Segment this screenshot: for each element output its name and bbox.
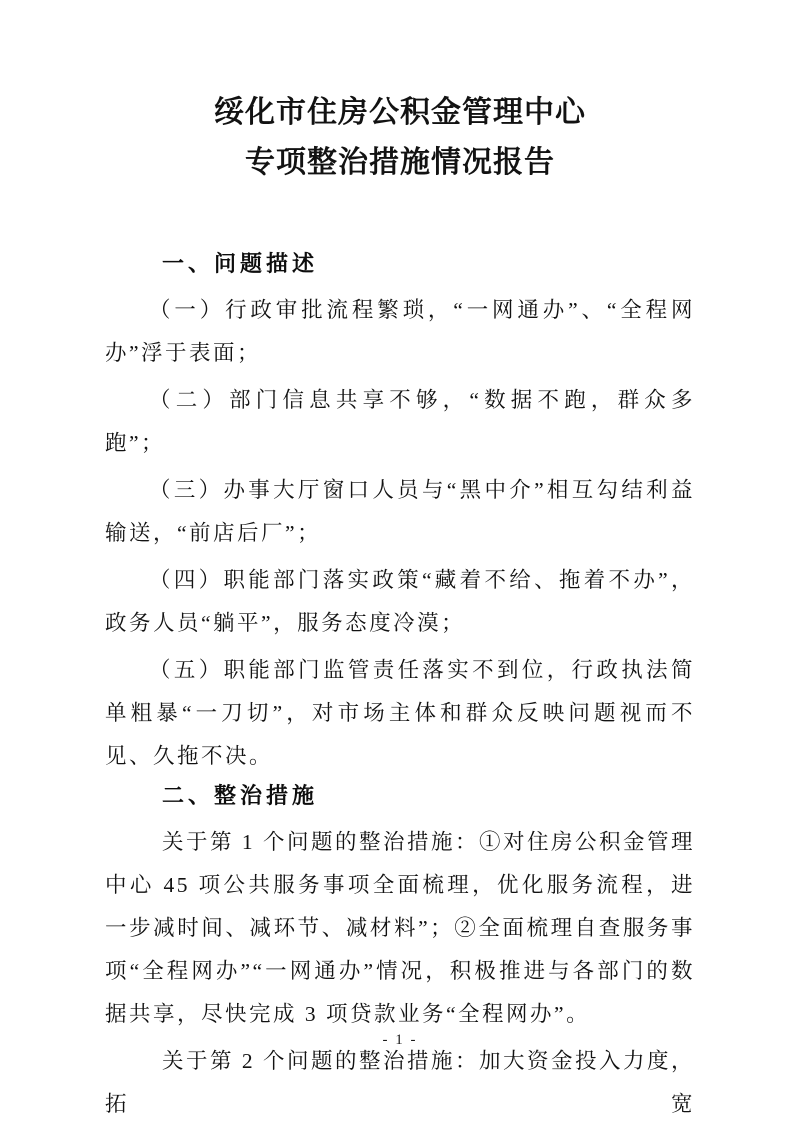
measure-paragraph-2: 关于第 2 个问题的整治措施：加大资金投入力度，拓宽 xyxy=(105,1040,695,1126)
document-title-line-1: 绥化市住房公积金管理中心 xyxy=(105,88,695,138)
problem-paragraph-1: （一）行政审批流程繁琐，“一网通办”、“全程网办”浮于表面； xyxy=(105,289,695,375)
document-page: 绥化市住房公积金管理中心 专项整治措施情况报告 一、问题描述 （一）行政审批流程… xyxy=(0,0,800,1131)
section-heading-problems: 一、问题描述 xyxy=(105,242,695,285)
problem-paragraph-3: （三）办事大厅窗口人员与“黑中介”相互勾结利益输送，“前店后厂”； xyxy=(105,469,695,555)
document-title: 绥化市住房公积金管理中心 专项整治措施情况报告 xyxy=(105,88,695,188)
problem-paragraph-4: （四）职能部门落实政策“藏着不给、拖着不办”，政务人员“躺平”，服务态度冷漠； xyxy=(105,559,695,645)
problem-paragraph-5: （五）职能部门监管责任落实不到位，行政执法简单粗暴“一刀切”，对市场主体和群众反… xyxy=(105,649,695,778)
measure-paragraph-1: 关于第 1 个问题的整治措施：①对住房公积金管理中心 45 项公共服务事项全面梳… xyxy=(105,821,695,1036)
document-title-line-2: 专项整治措施情况报告 xyxy=(105,138,695,188)
section-heading-measures: 二、整治措施 xyxy=(105,774,695,817)
problem-paragraph-2: （二）部门信息共享不够，“数据不跑，群众多跑”； xyxy=(105,379,695,465)
page-number: - 1 - xyxy=(0,1032,800,1049)
